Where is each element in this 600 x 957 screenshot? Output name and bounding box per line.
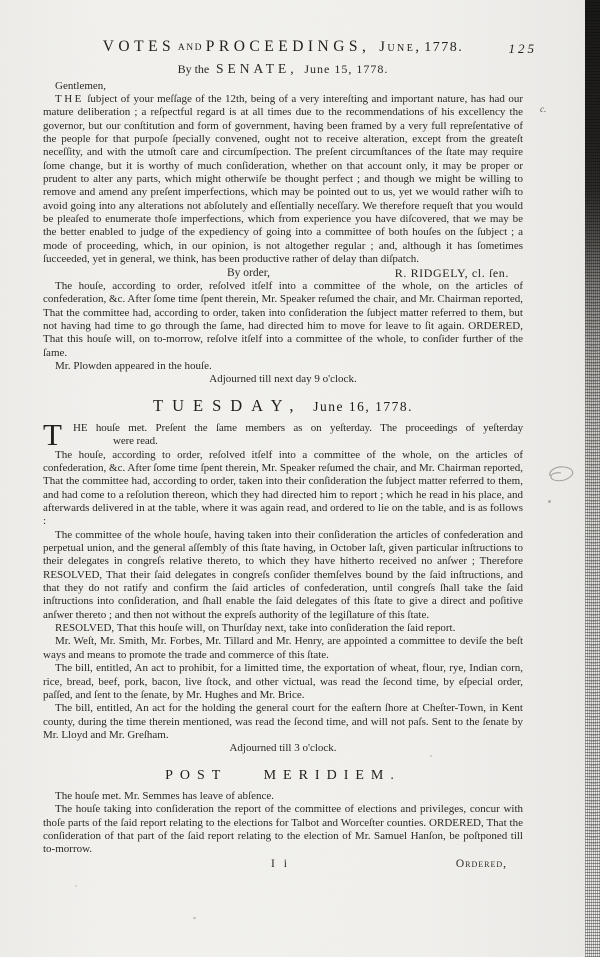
byline-senate: SENATE,: [216, 61, 298, 76]
house-met-line1: HE houſe met. Preſent the ſame members a…: [43, 422, 523, 435]
pm-house-met-paragraph: The houſe met. Mr. Semmes has leave of a…: [43, 790, 523, 803]
scan-speck: [193, 917, 196, 919]
margin-annotation-c: c.: [540, 104, 546, 114]
committee-whole-paragraph: The houſe, according to order, reſolved …: [43, 280, 523, 360]
byline-date: June 15, 1778.: [304, 62, 388, 76]
page-number: 125: [509, 42, 538, 55]
catchword: Ordered,: [456, 858, 507, 871]
title-month: June,: [379, 39, 421, 55]
plowden-paragraph: Mr. Plowden appeared in the houſe.: [43, 360, 523, 373]
post-meridiem-heading: POST MERIDIEM.: [43, 769, 523, 782]
scan-speck: [75, 885, 77, 887]
tuesday-day: TUESDAY,: [153, 396, 302, 415]
tuesday-date: June 16, 1778.: [313, 399, 413, 414]
message-opening-word: THE: [55, 93, 84, 105]
senate-message-paragraph: THE ſubject of your meſſage of the 12th,…: [43, 93, 523, 266]
adjournment-line-pm: Adjourned till 3 o'clock.: [43, 742, 523, 755]
signature-line: By order, R. RIDGELY, cl. ſen.: [43, 267, 523, 280]
tuesday-heading: TUESDAY, June 16, 1778.: [43, 399, 523, 415]
message-body: ſubject of your meſſage of the 12th, bei…: [43, 93, 523, 265]
resolved-paragraph: RESOLVED, That this houſe will, on Thurſ…: [43, 622, 523, 635]
title-votes: VOTES: [103, 38, 175, 55]
export-bill-paragraph: The bill, entitled, An act to prohibit, …: [43, 662, 523, 702]
scan-edge-speckles: [590, 290, 597, 850]
running-head: VOTES AND PROCEEDINGS, June, 1778. 125: [43, 40, 523, 55]
clerk-signature: R. RIDGELY, cl. ſen.: [395, 267, 509, 280]
elections-report-paragraph: The houſe taking into conſideration the …: [43, 803, 523, 856]
senate-byline: By the SENATE, June 15, 1778.: [43, 62, 523, 77]
title-and: AND: [178, 43, 203, 53]
scan-speck: [548, 500, 551, 503]
house-met-line2: were read.: [43, 435, 523, 448]
title-year: 1778.: [424, 40, 463, 55]
scanned-document-page: VOTES AND PROCEEDINGS, June, 1778. 125 B…: [0, 0, 600, 957]
pencil-scribble-mark: [544, 462, 578, 488]
tuesday-committee-paragraph: The houſe, according to order, reſolved …: [43, 449, 523, 529]
salutation: Gentlemen,: [43, 80, 523, 93]
page-footer: I i Ordered,: [43, 858, 523, 872]
adjournment-line: Adjourned till next day 9 o'clock.: [43, 373, 523, 386]
general-court-bill-paragraph: The bill, entitled, An act for the holdi…: [43, 702, 523, 742]
committee-report-paragraph: The committee of the whole houſe, having…: [43, 529, 523, 622]
scan-speck: [430, 755, 432, 757]
house-met-paragraph: T HE houſe met. Preſent the ſame members…: [43, 422, 523, 449]
scan-binding-edge: [585, 0, 600, 957]
title-proceedings: PROCEEDINGS,: [206, 38, 371, 55]
byline-prefix: By the: [178, 62, 210, 76]
text-block: VOTES AND PROCEEDINGS, June, 1778. 125 B…: [43, 40, 523, 872]
gathering-signature-mark: I i: [271, 858, 290, 871]
appointed-committee-paragraph: Mr. Weſt, Mr. Smith, Mr. Forbes, Mr. Til…: [43, 635, 523, 662]
by-order-label: By order,: [227, 267, 270, 280]
drop-cap-initial: T: [43, 422, 73, 447]
